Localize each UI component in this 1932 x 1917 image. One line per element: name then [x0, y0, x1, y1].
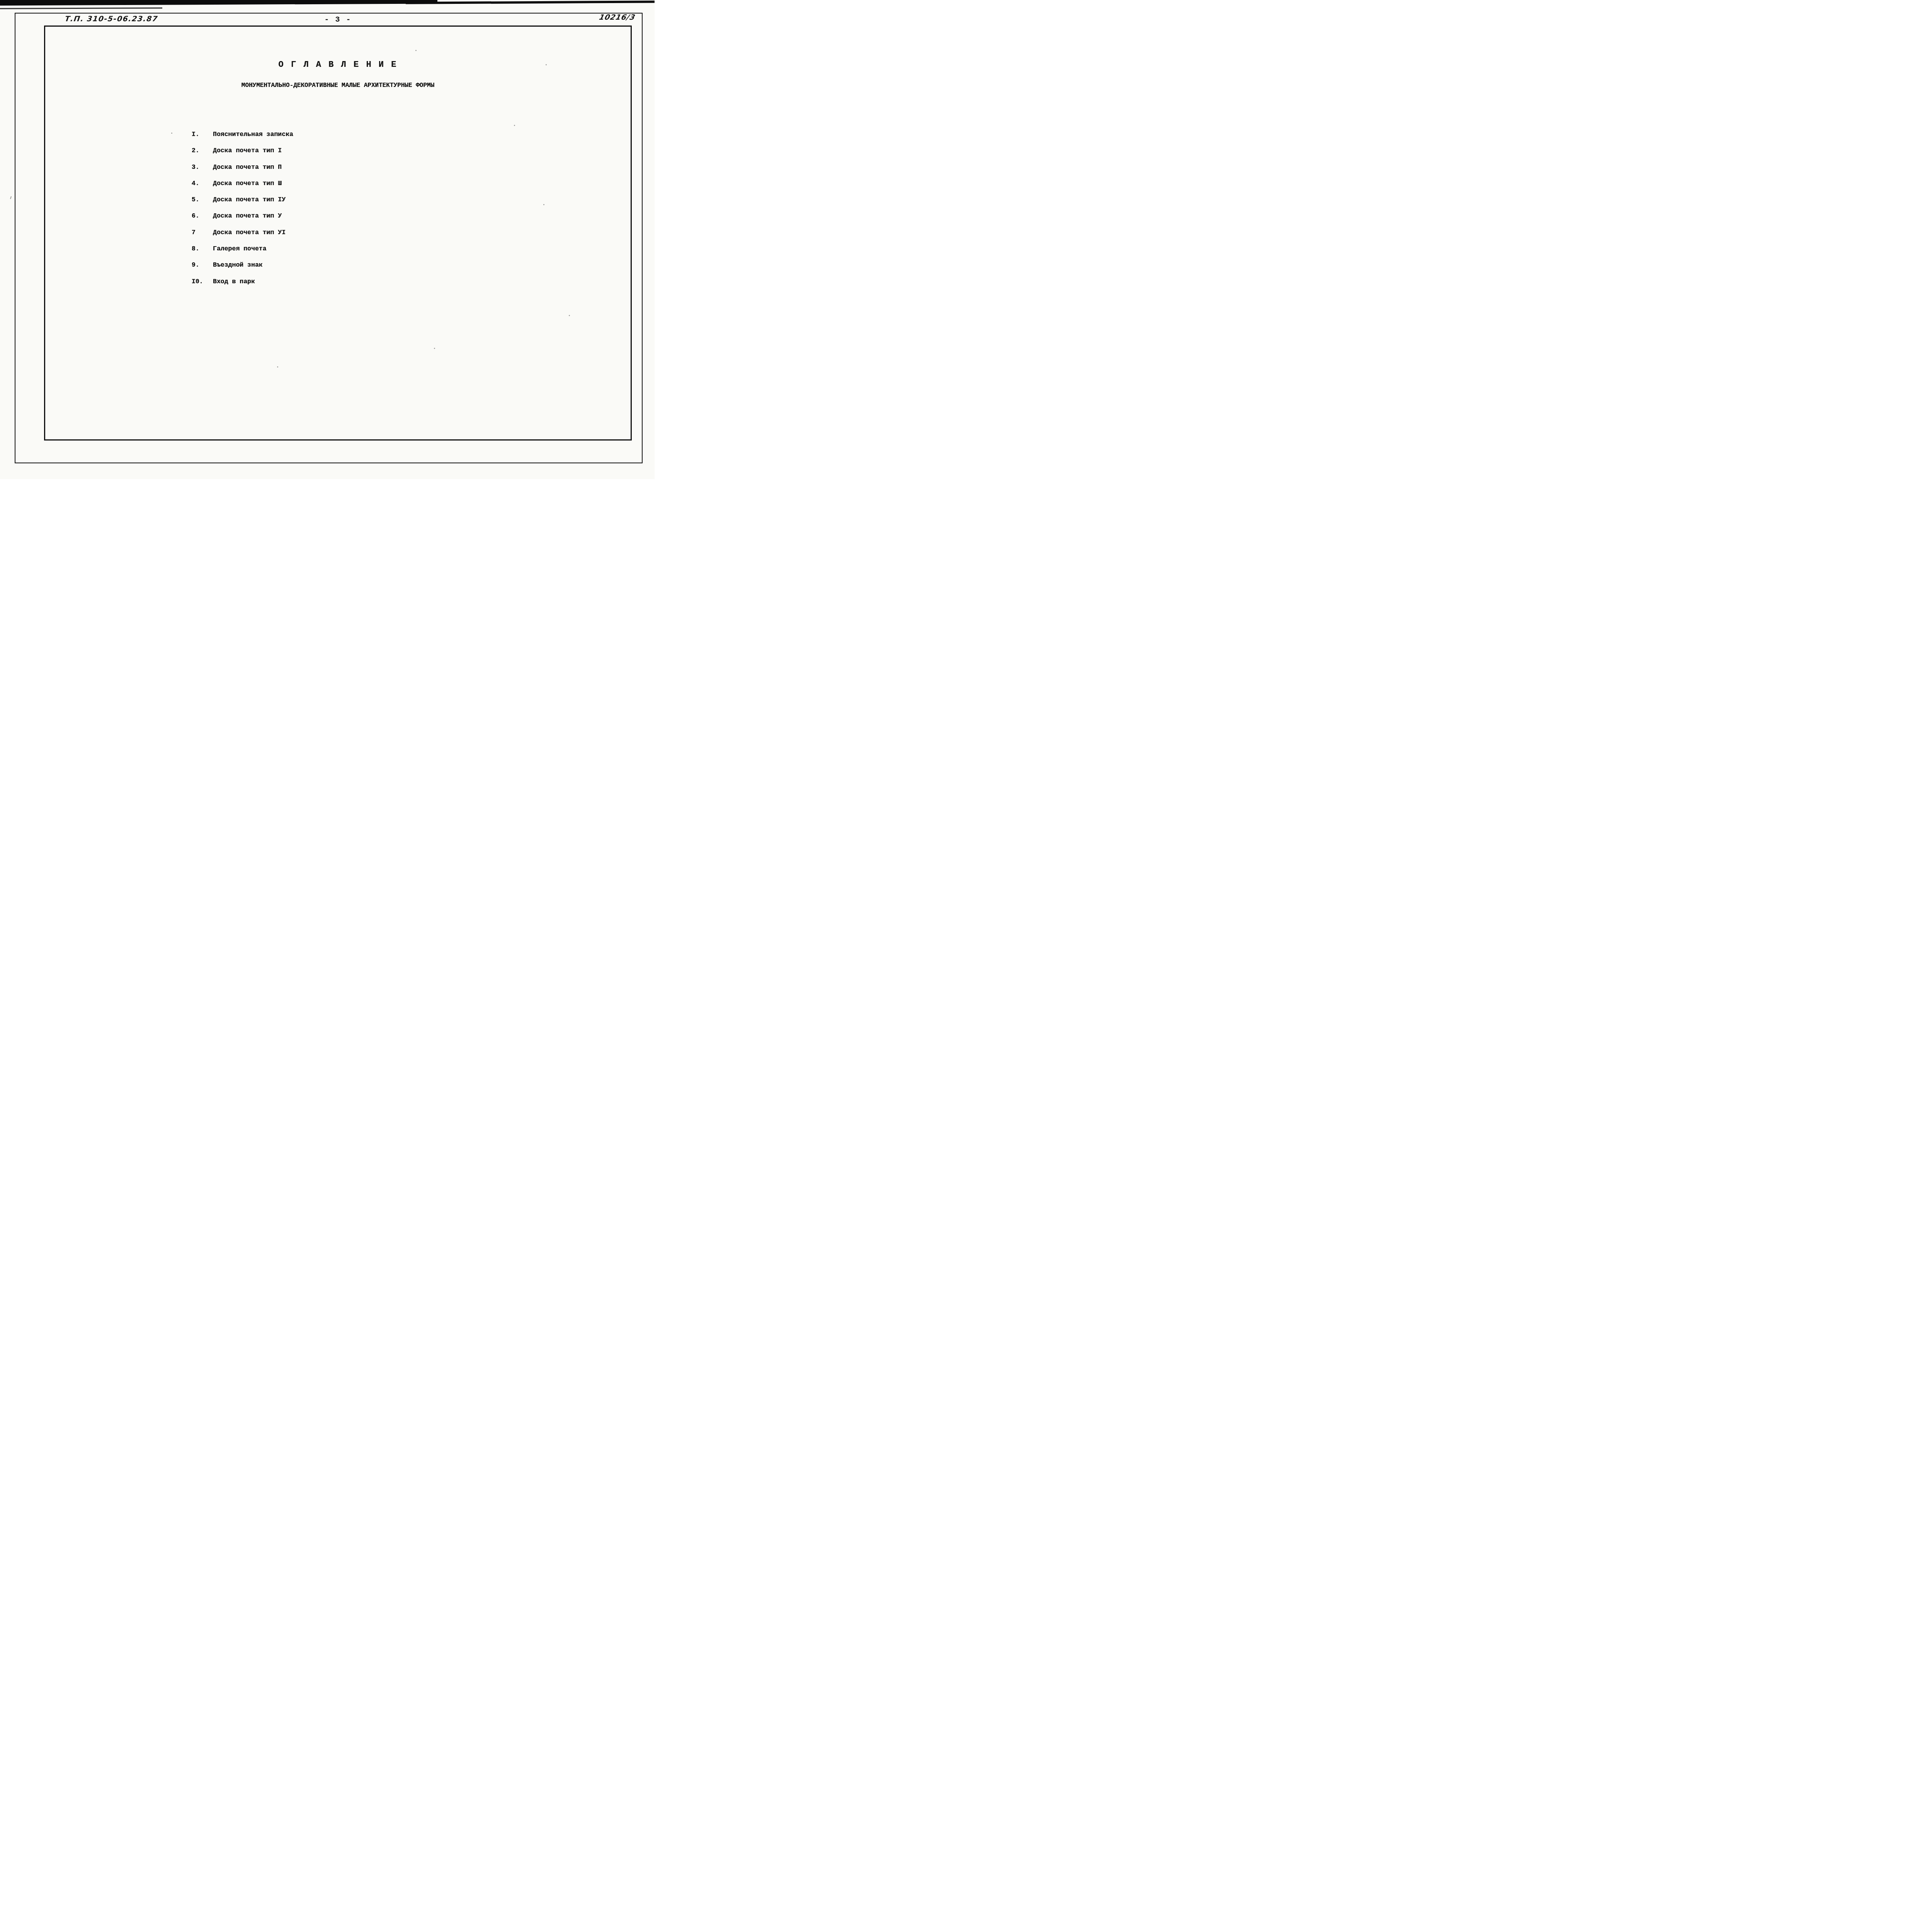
scan-speck [514, 125, 515, 126]
scan-speck [543, 204, 544, 205]
toc-item: 6. Доска почета тип У [192, 212, 293, 228]
sheet-number: 10216/3 [598, 13, 636, 22]
scan-speck [546, 64, 547, 65]
toc-item: 5. Доска почета тип IУ [192, 196, 293, 212]
toc-item-number: 9. [192, 261, 213, 269]
toc-item-label: Пояснительная записка [213, 131, 293, 138]
toc-item-number: 4. [192, 180, 213, 187]
page-subtitle: МОНУМЕНТАЛЬНО-ДЕКОРАТИВНЫЕ МАЛЫЕ АРХИТЕК… [54, 82, 622, 89]
toc-item: 3. Доска почета тип П [192, 163, 293, 180]
toc-item-number: 2. [192, 147, 213, 154]
toc-item-label: Вход в парк [213, 278, 255, 285]
scan-edge-line [0, 7, 162, 9]
toc-item-number: I0. [192, 278, 213, 285]
toc-item-number: 6. [192, 212, 213, 219]
page-title: О Г Л А В Л Е Н И Е [45, 60, 631, 70]
page-number: - 3 - [45, 15, 631, 24]
scan-speck [171, 133, 172, 134]
toc-item: I. Пояснительная записка [192, 131, 293, 147]
scan-speck [10, 196, 12, 199]
toc-item-number: 8. [192, 245, 213, 252]
toc-item-number: 3. [192, 163, 213, 171]
toc-item: I0. Вход в парк [192, 278, 293, 294]
toc-item-label: Доска почета тип I [213, 147, 282, 154]
scan-speck [277, 366, 278, 367]
toc-item-label: Галерея почета [213, 245, 267, 252]
toc-item-label: Въездной знак [213, 261, 263, 269]
table-of-contents: I. Пояснительная записка 2. Доска почета… [192, 131, 293, 294]
toc-item: 4. Доска почета тип Ш [192, 180, 293, 196]
scan-speck [434, 348, 435, 349]
scan-speck [415, 50, 417, 51]
toc-item: 7 Доска почета тип УI [192, 229, 293, 245]
toc-item-label: Доска почета тип У [213, 212, 282, 219]
toc-item-number: 5. [192, 196, 213, 203]
toc-item-label: Доска почета тип Ш [213, 180, 282, 187]
toc-item-number: I. [192, 131, 213, 138]
toc-item-label: Доска почета тип П [213, 163, 282, 171]
toc-item-number: 7 [192, 229, 213, 236]
toc-item: 9. Въездной знак [192, 261, 293, 277]
scan-speck [569, 315, 570, 316]
toc-item: 2. Доска почета тип I [192, 147, 293, 163]
scanned-document-page: Т.П. 310-5-06.23.87 - 3 - 10216/3 О Г Л … [0, 0, 655, 479]
toc-item-label: Доска почета тип УI [213, 229, 286, 236]
scan-edge-artifact-thin [406, 0, 655, 4]
toc-item: 8. Галерея почета [192, 245, 293, 261]
scan-edge-artifact-thick [0, 0, 437, 5]
toc-item-label: Доска почета тип IУ [213, 196, 286, 203]
